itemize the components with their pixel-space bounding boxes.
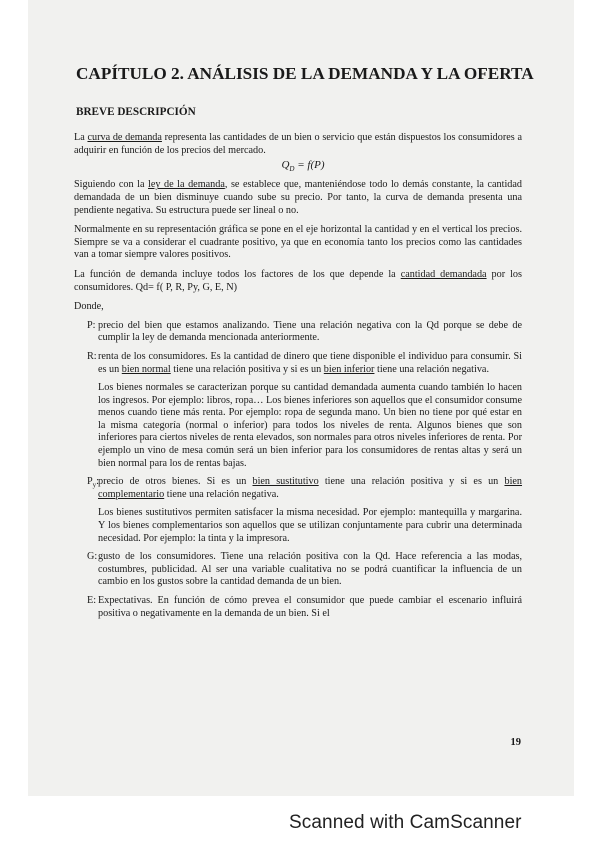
graph-paragraph: Normalmente en su representación gráfica… <box>74 224 522 262</box>
factor-item-e: E: Expectativas. En función de cómo prev… <box>74 595 522 620</box>
chapter-title: CAPÍTULO 2. ANÁLISIS DE LA DEMANDA Y LA … <box>74 64 522 84</box>
factor-label: G: <box>87 551 97 564</box>
document-page: CAPÍTULO 2. ANÁLISIS DE LA DEMANDA Y LA … <box>74 64 522 620</box>
factor-label: P: <box>87 320 96 333</box>
factor-item-py: Py: precio de otros bienes. Si es un bie… <box>74 476 522 545</box>
factor-label: R: <box>87 351 97 364</box>
factor-text: renta de los consumidores. Es la cantida… <box>98 351 522 376</box>
factor-text: precio del bien que estamos analizando. … <box>98 320 522 345</box>
term-curva-de-demanda: curva de demanda <box>87 132 161 143</box>
factor-text: precio de otros bienes. Si es un bien su… <box>98 476 522 501</box>
intro-text-pre: La <box>74 132 87 143</box>
camscanner-watermark: Scanned with CamScanner <box>289 812 522 834</box>
factor-text: gusto de los consumidores. Tiene una rel… <box>98 551 522 589</box>
law-paragraph: Siguiendo con la ley de la demanda, se e… <box>74 179 522 217</box>
factor-label-colon: : <box>96 476 99 487</box>
factor-text-post: tiene una relación negativa. <box>164 489 279 500</box>
factor-label: E: <box>87 595 96 608</box>
term-ley-de-la-demanda: ley de la demanda <box>148 179 225 190</box>
term-bien-normal: bien normal <box>122 364 171 375</box>
formula-rhs: = f(P) <box>294 159 324 171</box>
term-bien-inferior: bien inferior <box>324 364 375 375</box>
donde-label: Donde, <box>74 301 522 314</box>
factor-text-mid: tiene una relación positiva y si es un <box>171 364 324 375</box>
factor-text-post: tiene una relación negativa. <box>374 364 489 375</box>
term-cantidad-demandada: cantidad demandada <box>401 269 487 280</box>
factor-item-p: P: precio del bien que estamos analizand… <box>74 320 522 345</box>
factor-explanation: Los bienes sustitutivos permiten satisfa… <box>98 507 522 545</box>
factor-item-g: G: gusto de los consumidores. Tiene una … <box>74 551 522 589</box>
factor-explanation: Los bienes normales se caracterizan porq… <box>98 382 522 470</box>
intro-paragraph: La curva de demanda representa las canti… <box>74 132 522 157</box>
factor-label: Py: <box>87 476 99 492</box>
factor-text-mid: tiene una relación positiva y si es un <box>319 476 505 487</box>
law-text-pre: Siguiendo con la <box>74 179 148 190</box>
page-number: 19 <box>511 737 522 748</box>
factor-text: Expectativas. En función de cómo prevea … <box>98 595 522 620</box>
function-text-pre: La función de demanda incluye todos los … <box>74 269 401 280</box>
function-paragraph: La función de demanda incluye todos los … <box>74 269 522 294</box>
section-title: BREVE DESCRIPCIÓN <box>76 106 522 118</box>
term-bien-sustitutivo: bien sustitutivo <box>252 476 318 487</box>
demand-formula: QD = f(P) <box>74 159 522 173</box>
factor-item-r: R: renta de los consumidores. Es la cant… <box>74 351 522 470</box>
factor-text-pre: precio de otros bienes. Si es un <box>98 476 252 487</box>
